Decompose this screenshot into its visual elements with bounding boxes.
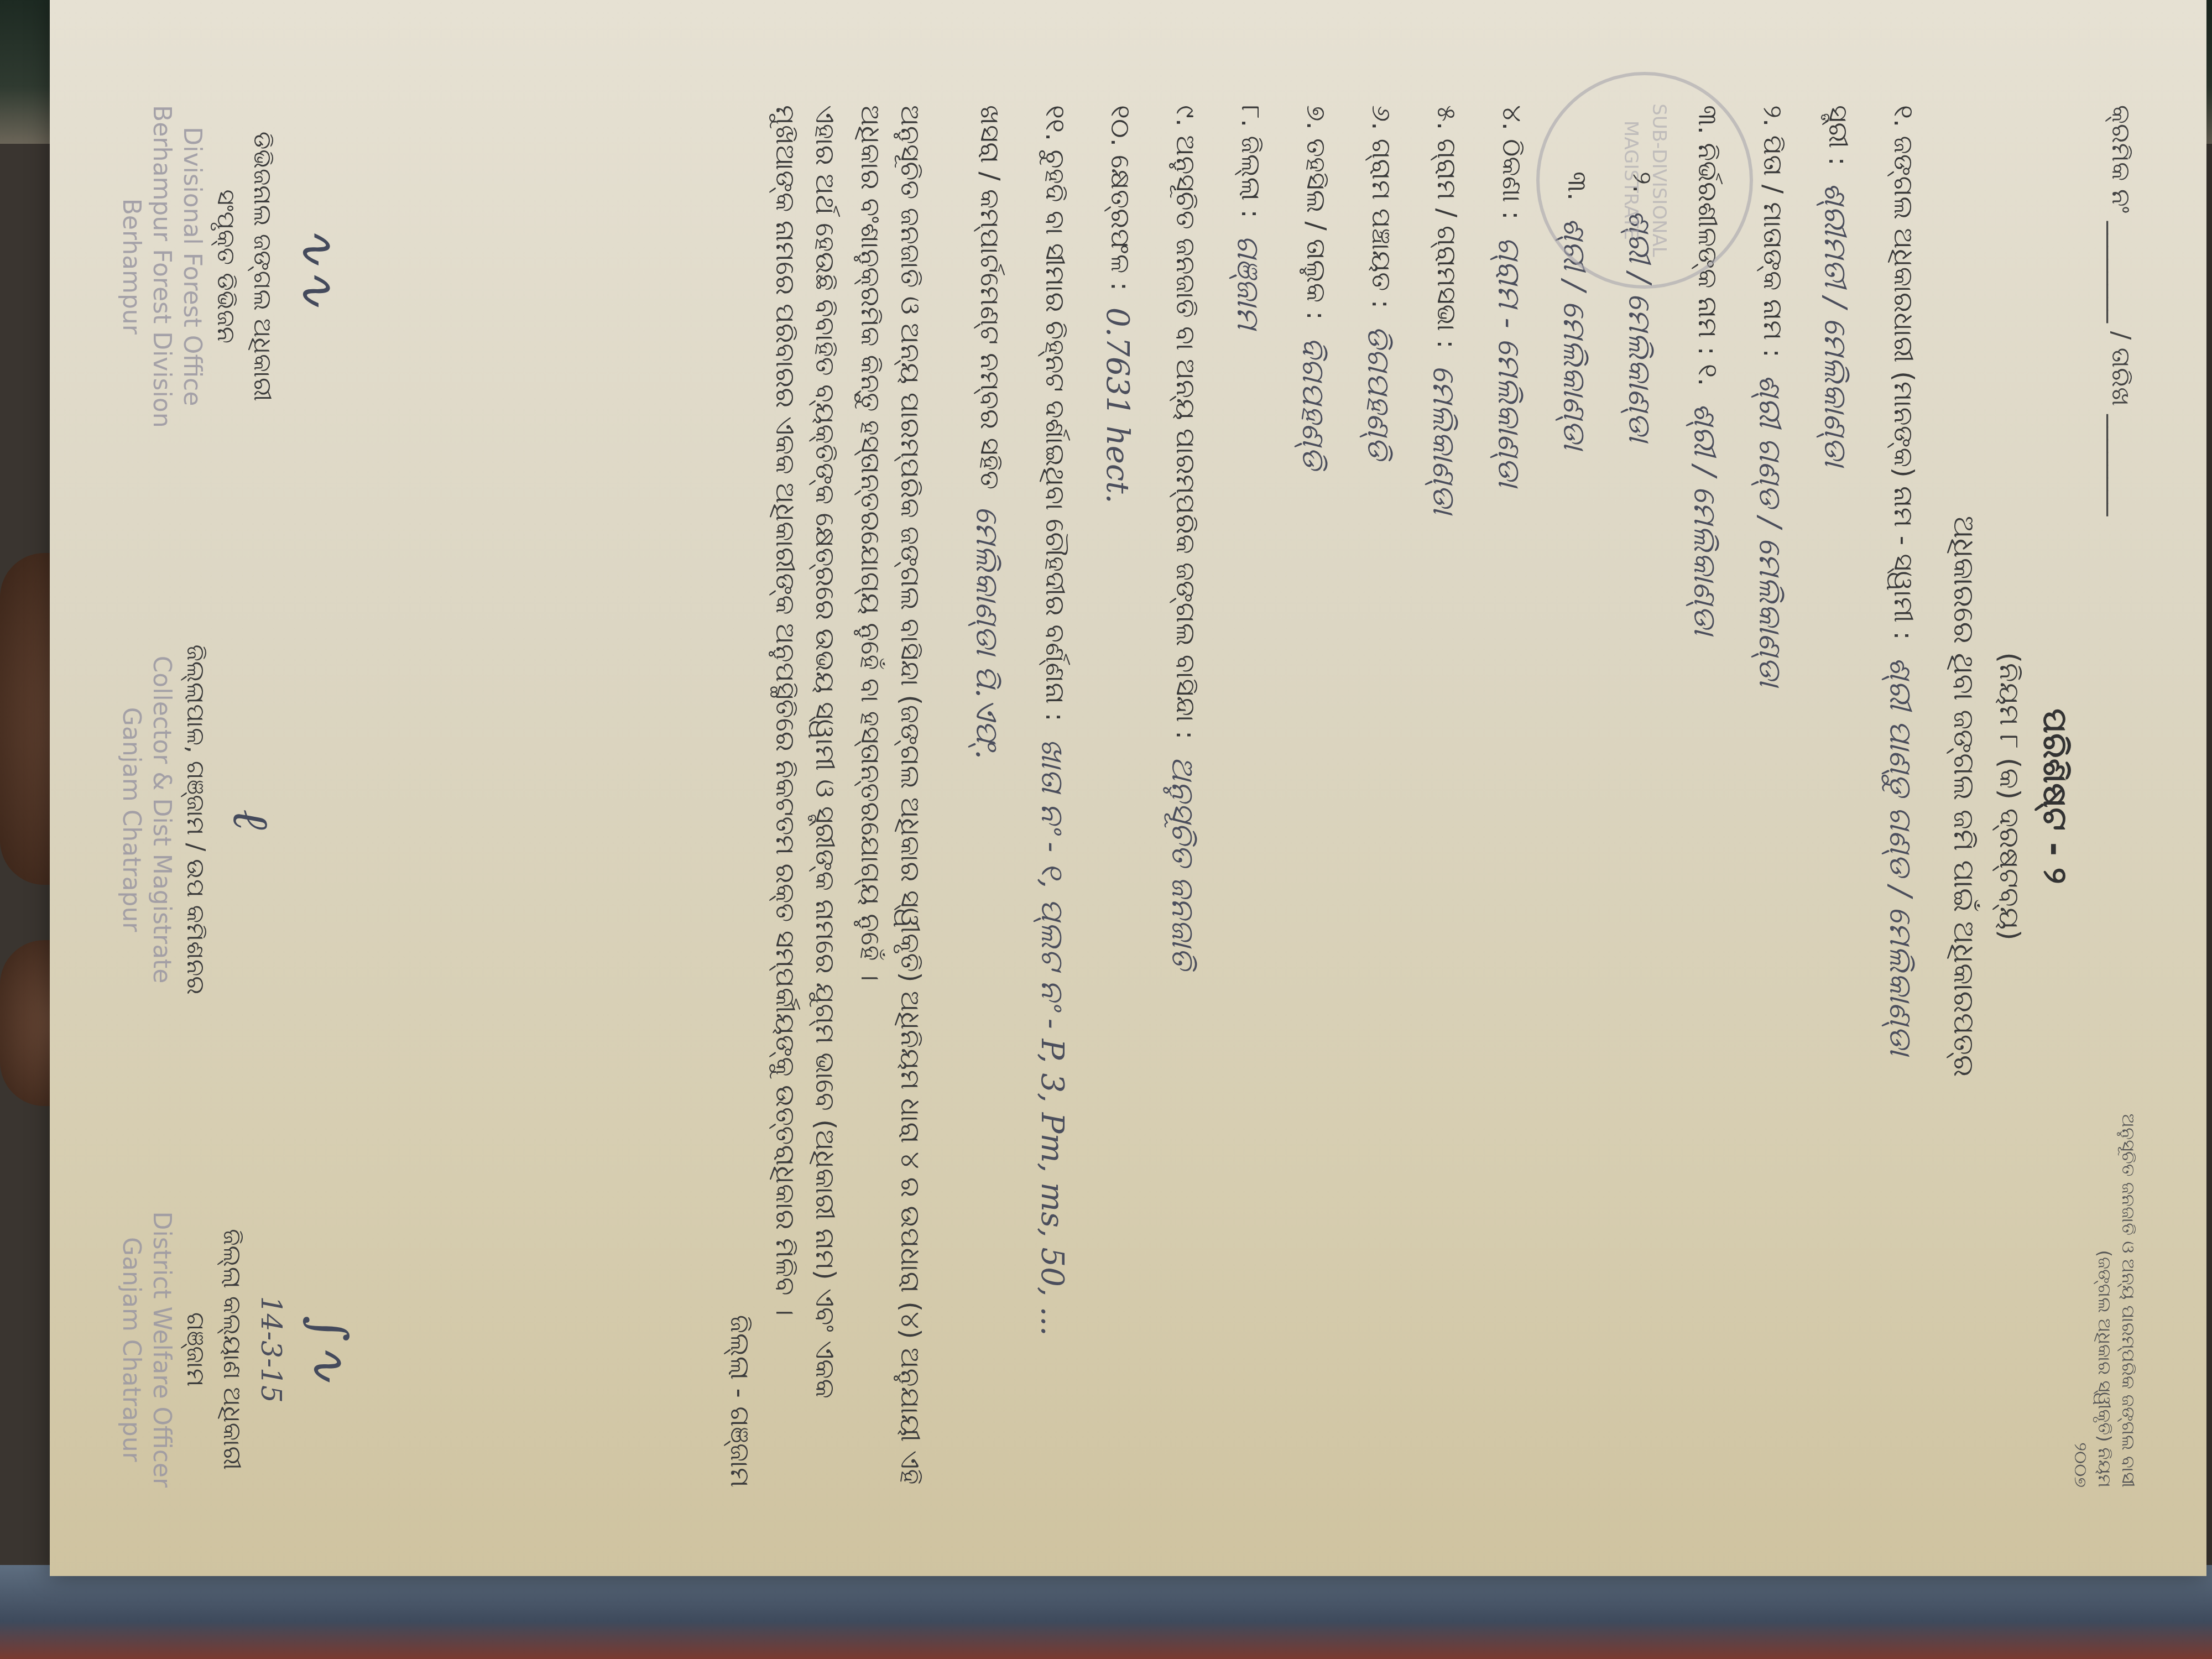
field-row: ୮. ଜିଲ୍ଲା :ଗଞ୍ଜାମ <box>1224 105 1271 1488</box>
signature-dwo: ∫∿ 14-3-15 ଜିଲ୍ଲା କଲ୍ୟାଣ ଅଧିକାରୀ ଗଞ୍ଜାମ … <box>116 1212 366 1488</box>
field-label: ୬. ଗ୍ରାମ ପଞ୍ଚାୟତ : <box>1361 105 1401 309</box>
field-row: ସ୍ତ୍ରୀ :ଶ୍ରୀମତୀ / ମେଲିକାଣ୍ଡା <box>1812 105 1858 1488</box>
signer-title: ଗଞ୍ଜାମ <box>177 1212 213 1488</box>
signature-date: 14-3-15 <box>250 1212 291 1488</box>
field-row: ୭. ତହସିଲ / ତାଲୁକ :ଦିଗପହଣ୍ଡି <box>1290 105 1336 1488</box>
field-value-handwritten: ଅନୁସୂଚିତ ଜନଜାତି <box>1159 756 1206 969</box>
field-value-handwritten: ଶ୍ରୀ / ମେଲିକାଣ୍ଡା <box>1681 403 1728 635</box>
field-row: ୧୧. ଚୁହଦି ବା ସୀମାର ଚିହ୍ନଟ ଦର୍ଶାଇଥିବା ଚୌହ… <box>1029 105 1075 1488</box>
field-row: ୩. ନିର୍ଭରଶୀଳଙ୍କ ନାମ : ୧.ଶ୍ରୀ / ମେଲିକାଣ୍ଡ… <box>1681 105 1728 1488</box>
field-label: ୮. ଜିଲ୍ଲା : <box>1231 105 1271 218</box>
field-value-handwritten: ଖାତା ନଂ - ୧, ପ୍ଲଟ ନଂ - P, 3, Pm, ms, 50,… <box>1029 738 1075 1336</box>
field-label: ୧. ଜଙ୍ଗଲ ଅଧିକାରଧାରୀ (ମାନଙ୍କ) ନାମ - ସ୍ୱାମ… <box>1884 105 1923 640</box>
signature-dfo: ∿∿ ଡିଭିଜନାଲ ଜଙ୍ଗଲ ଅଧିକାରୀ ସଂପୃକ୍ତ ଡିଭିଜନ… <box>116 105 355 428</box>
conditions-text: ଅନୁସୂଚିତ ଜନଜାତି ଓ ଅନ୍ୟ ପାରମ୍ପରିକ ଜଙ୍ଗଲ ବ… <box>720 105 930 1488</box>
dfo-stamp: Divisional Forest Office Berhampur Fores… <box>116 105 207 428</box>
field-row: ୩.ଶ୍ରୀ / ମେଲିକାଣ୍ଡା <box>1551 171 1597 1488</box>
field-row: ୯. ଅନୁସୂଚିତ ଜନଜାତି ବା ଅନ୍ୟ ପାରମ୍ପରିକ ଜଙ୍… <box>1159 105 1206 1488</box>
field-value-handwritten: ଗ୍ରାମ - ମେଲିକାଣ୍ଡା <box>1485 236 1532 487</box>
field-label: ୯. ଅନୁସୂଚିତ ଜନଜାତି ବା ଅନ୍ୟ ପାରମ୍ପରିକ ଜଙ୍… <box>1166 105 1206 739</box>
field-value-handwritten: ଦିଗପହଣ୍ଡି <box>1290 337 1336 469</box>
field-value-handwritten: 0.7631 hect. <box>1094 307 1140 504</box>
corner-note-line: ଅନୁସୂଚିତ ଜନଜାତି ଓ ଅନ୍ୟ ପାରମ୍ପରିକ ଜଙ୍ଗଲ ବ… <box>2116 1114 2140 1488</box>
field-row: ଖସରା / କମ୍ପାର୍ଟମେଣ୍ଟ ନମ୍ବର ସହିତମେଲିକାଣ୍ଡ… <box>963 105 1010 1488</box>
corner-note-line: ୨୦୦୭ <box>2068 1114 2092 1488</box>
document-title: ପରିଶିଷ୍ଟ - ୨ (ନିୟମ ୮ (କ) ଦ୍ରଷ୍ଟବ୍ୟ) ଅଧିକ… <box>1942 105 2080 1488</box>
signature-section: ∿∿ ଡିଭିଜନାଲ ଜଙ୍ଗଲ ଅଧିକାରୀ ସଂପୃକ୍ତ ଡିଭିଜନ… <box>116 105 366 1488</box>
field-label: ୭. ତହସିଲ / ତାଲୁକ : <box>1296 105 1336 320</box>
field-row: ୧୦. କ୍ଷେତ୍ରଫଳ :0.7631 hect. <box>1094 105 1140 1488</box>
field-row: ୨.ଶ୍ରୀ / ମେଲିକାଣ୍ଡା <box>1616 171 1662 1488</box>
field-label: ୨. ପିତା / ମାତାଙ୍କ ନାମ : <box>1753 105 1793 358</box>
field-label: ୪. ଠିକଣା : <box>1492 105 1532 220</box>
signer-title: ସଂପୃକ୍ତ ଡିଭିଜନ <box>207 105 244 428</box>
rule-reference: (ନିୟମ ୮ (କ) ଦ୍ରଷ୍ଟବ୍ୟ) <box>1989 105 2030 1488</box>
collector-stamp: Collector & Dist Magistrate Ganjam Chatr… <box>116 644 177 994</box>
condition-paragraph: ଏହାର ଅର୍ଥ ହେଉଛି ବିବାହିତ ବ୍ୟକ୍ତିଙ୍କ କ୍ଷେତ… <box>765 105 845 1488</box>
signer-title: ଜିଲ୍ଲା କଲ୍ୟାଣ ଅଧିକାରୀ <box>213 1212 250 1488</box>
field-row: ୪. ଠିକଣା :ଗ୍ରାମ - ମେଲିକାଣ୍ଡା <box>1485 105 1532 1488</box>
field-label: ଖସରା / କମ୍ପାର୍ଟମେଣ୍ଟ ନମ୍ବର ସହିତ <box>970 105 1010 489</box>
field-label: ୧୦. କ୍ଷେତ୍ରଫଳ : <box>1100 105 1140 291</box>
signature-mark: ∿∿ <box>280 105 355 428</box>
field-value-handwritten: ଶ୍ରୀ ଗଣ୍ଡ / ମେଲିକାଣ୍ଡା <box>1746 374 1793 687</box>
corner-note: ଅନୁସୂଚିତ ଜନଜାତି ଓ ଅନ୍ୟ ପାରମ୍ପରିକ ଜଙ୍ଗଲ ବ… <box>2068 1114 2140 1488</box>
signature-mark: ℓ <box>213 644 288 994</box>
field-row: ୫. ଗ୍ରାମ / ଗ୍ରାମସଭା :ମେଲିକାଣ୍ଡା <box>1420 105 1467 1488</box>
field-row: ୬. ଗ୍ରାମ ପଞ୍ଚାୟତ :ଡିଗପହଣ୍ଡି <box>1355 105 1401 1488</box>
serial-label: କ୍ରମିକ ନଂ ________ / ତାରିଖ ________ <box>2102 105 2140 516</box>
field-value-handwritten: ଶ୍ରୀମତୀ / ମେଲିକାଣ୍ଡା <box>1812 182 1858 467</box>
field-label: ୧୧. ଚୁହଦି ବା ସୀମାର ଚିହ୍ନଟ ଦର୍ଶାଇଥିବା ଚୌହ… <box>1035 105 1075 722</box>
corner-note-line: (ଜଙ୍ଗଲ ଅଧିକାର ସ୍ୱୀକୃତି) ନିୟମ <box>2093 1114 2116 1488</box>
dwo-stamp: District Welfare Officer Ganjam Chatrapu… <box>116 1212 177 1488</box>
signer-title: ଡିଭିଜନାଲ ଜଙ୍ଗଲ ଅଧିକାରୀ <box>244 105 280 428</box>
field-label: ୫. ଗ୍ରାମ / ଗ୍ରାମସଭା : <box>1427 105 1467 348</box>
signer-title: ଜିଲ୍ଲାପାଳ, ଗଞ୍ଜାମ / ଉପ କମିଶନର <box>177 644 213 994</box>
field-value-handwritten: ଗଞ୍ଜାମ <box>1224 235 1271 330</box>
field-value-handwritten: ମେଲିକାଣ୍ଡା <box>1420 365 1467 514</box>
field-value-handwritten: ଡିଗପହଣ୍ଡି <box>1355 325 1401 460</box>
signature-mark: ∫∿ <box>291 1212 366 1488</box>
document-page: ଅନୁସୂଚିତ ଜନଜାତି ଓ ଅନ୍ୟ ପାରମ୍ପରିକ ଜଙ୍ଗଲ ବ… <box>50 0 2206 1576</box>
district-line: ଜିଲ୍ଲା - ଗଞ୍ଜାମ <box>720 105 760 1488</box>
signature-collector: ℓ ଜିଲ୍ଲାପାଳ, ଗଞ୍ଜାମ / ଉପ କମିଶନର Collecto… <box>116 644 288 994</box>
field-value-handwritten: ଶ୍ରୀ ପାଣ୍ଡୁ ଗଣ୍ଡ / ମେଲିକାଣ୍ଡା <box>1877 657 1923 1056</box>
fields-list: ୧. ଜଙ୍ଗଲ ଅଧିକାରଧାରୀ (ମାନଙ୍କ) ନାମ - ସ୍ୱାମ… <box>963 105 1923 1488</box>
document-photo: ଅନୁସୂଚିତ ଜନଜାତି ଓ ଅନ୍ୟ ପାରମ୍ପରିକ ଜଙ୍ଗଲ ବ… <box>22 0 2212 1587</box>
field-label: ସ୍ତ୍ରୀ : <box>1818 105 1858 166</box>
condition-paragraph: ଅନୁସୂଚିତ ଜନଜାତି ଓ ଅନ୍ୟ ପାରମ୍ପରିକ ଜଙ୍ଗଲ ବ… <box>851 105 930 1488</box>
field-row: ୨. ପିତା / ମାତାଙ୍କ ନାମ :ଶ୍ରୀ ଗଣ୍ଡ / ମେଲିକ… <box>1746 105 1793 1488</box>
field-value-handwritten: ମେଲିକାଣ୍ଡା ପି.ଏଫ୍. <box>963 506 1010 759</box>
field-row: ୧. ଜଙ୍ଗଲ ଅଧିକାରଧାରୀ (ମାନଙ୍କ) ନାମ - ସ୍ୱାମ… <box>1877 105 1923 1488</box>
round-seal-stamp: SUB-DIVISIONAL MAGISTRATE <box>1536 72 1753 289</box>
title-description: ଅଧିକାରରେ ଥିବା ଜଙ୍ଗଲ ଜମି ପାଇଁ ଅଧିକାରପତ୍ର <box>1942 105 1985 1488</box>
